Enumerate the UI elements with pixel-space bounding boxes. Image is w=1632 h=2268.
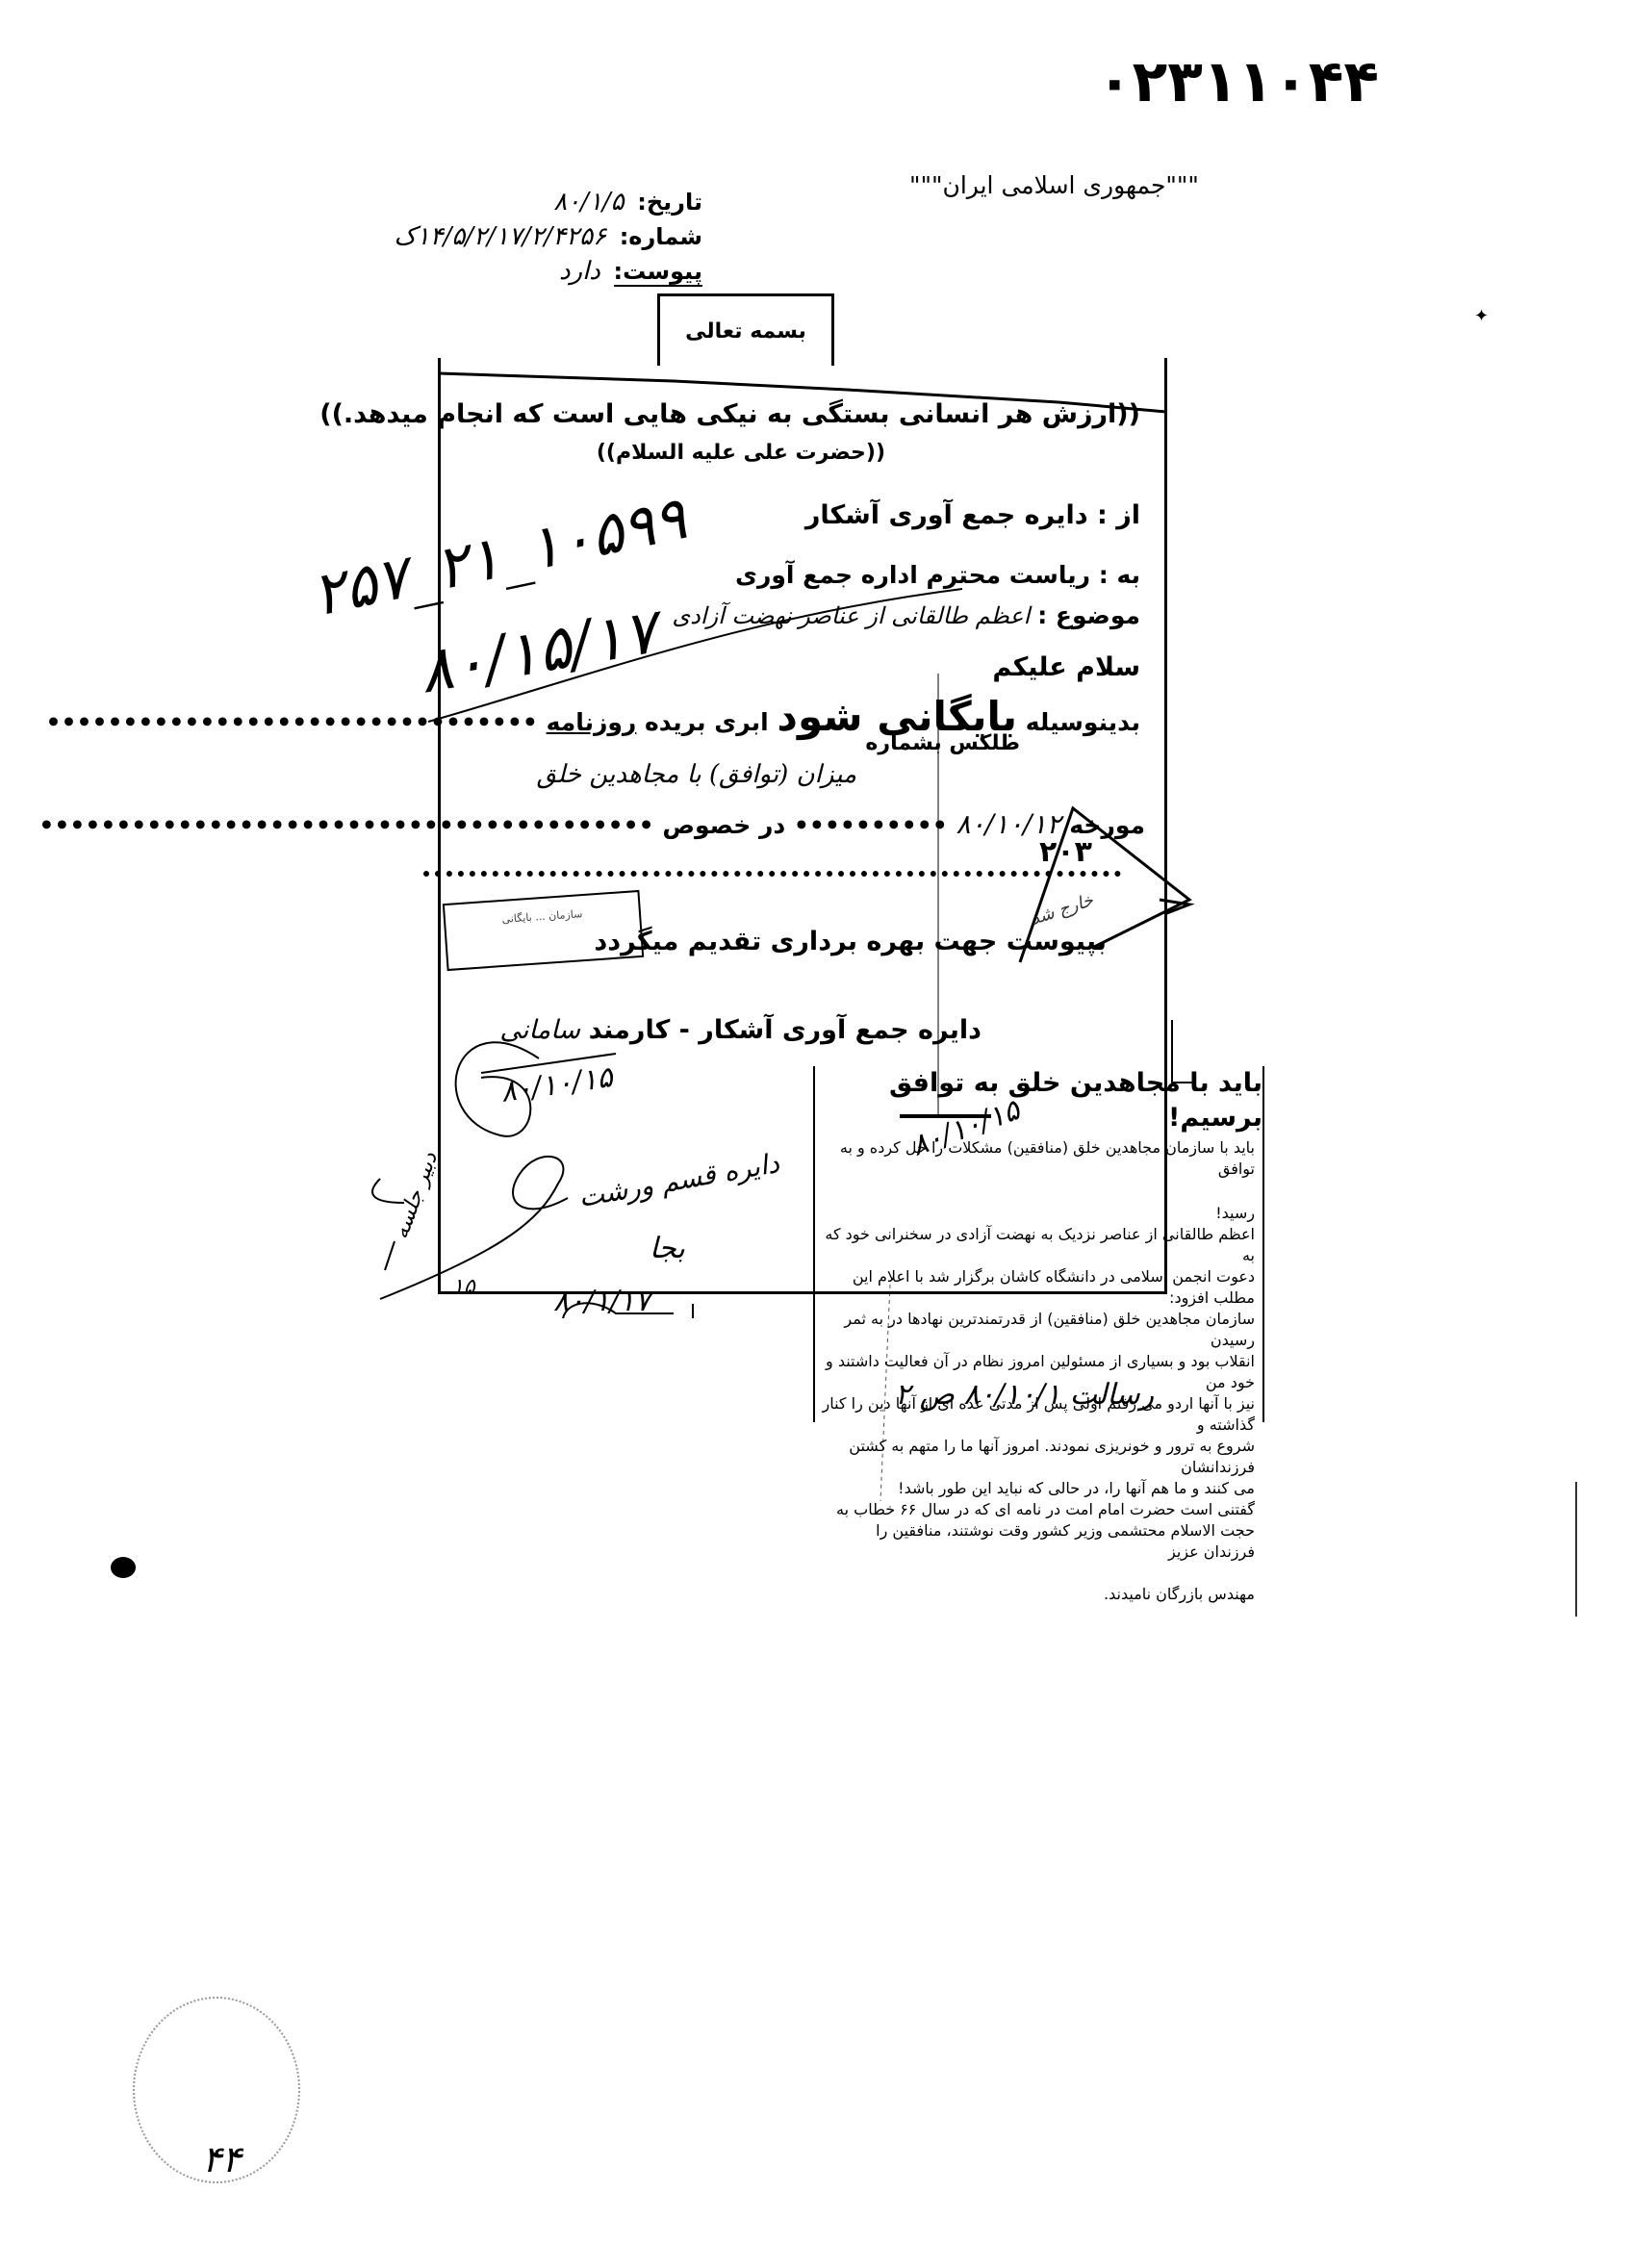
clipping-line: مهندس بازرگان نامیدند.	[821, 1584, 1255, 1605]
clipping-line: رسید!	[821, 1203, 1255, 1224]
letter-meta: تاریخ: ۸۰/۱/۵ شماره: ۱۴/۵/۲/۱۷/۲/۴۲۵۶ک پ…	[385, 188, 702, 292]
triangle-number: ۲۰۳	[1039, 835, 1092, 869]
to-label: به :	[1099, 561, 1140, 589]
document-number: ۰۲۳۱۱۰۴۴	[1097, 48, 1379, 115]
clipping-line: دعوت انجمن اسلامی در دانشگاه کاشان برگزا…	[821, 1266, 1255, 1309]
from-value: دایره جمع آوری آشکار	[805, 500, 1088, 530]
margin-mark-icon: ✦	[1474, 306, 1489, 326]
body-prefix: بدینوسیله	[1026, 708, 1140, 736]
to-value: ریاست محترم اداره جمع آوری	[735, 561, 1090, 589]
clipping-line: سازمان مجاهدین خلق (منافقین) از قدرتمندت…	[821, 1309, 1255, 1351]
telex-field: طلکس بشماره	[731, 731, 1020, 755]
clipping-line: می کنند و ما هم آنها را، در حالی که نبای…	[821, 1478, 1255, 1499]
date-value: ۸۰/۱/۵	[553, 188, 624, 217]
subject-label: موضوع :	[1037, 601, 1140, 629]
clipping-title: باید با مجاهدین خلق به توافق برسیم!	[815, 1066, 1262, 1135]
dotted-line	[423, 871, 1121, 877]
clipping-line: اعظم طالقانی از عناصر نزدیک به نهضت آزاد…	[821, 1224, 1255, 1266]
scan-artifact	[1575, 1482, 1577, 1617]
from-field: از : دایره جمع آوری آشکار	[712, 500, 1140, 530]
subject-field: موضوع : اعظم طالقانی از عناصر نهضت آزادی	[597, 601, 1140, 629]
signature-block: دایره جمع آوری آشکار - کارمند سامانی	[404, 1015, 982, 1045]
about-label: در خصوص	[662, 811, 785, 839]
bismillah-header: بسمه تعالی	[657, 293, 834, 366]
date-label: تاریخ:	[637, 189, 702, 216]
quote-attribution: ((حضرت علی علیه السلام))	[520, 441, 885, 465]
closing-line: بپیوست جهت بهره برداری تقدیم میگردد	[654, 927, 1107, 956]
republic-header: """جمهوری اسلامی ایران"""	[909, 171, 1199, 199]
handwritten-topic: میزان (توافق) با مجاهدین خلق	[452, 760, 856, 789]
clipping-source-note: رسالت ۸۰/۱۰/۱ ص ۲	[895, 1378, 1154, 1412]
attachment-row: پیوست: دارد	[385, 257, 702, 292]
clipping-line: گفتنی است حضرت امام امت در نامه ای که در…	[821, 1499, 1255, 1520]
to-field: به : ریاست محترم اداره جمع آوری	[664, 561, 1140, 589]
dated-field: مورخه ۸۰/۱۰/۱۲ •••••••••• در خصوص ••••••…	[423, 808, 1145, 840]
clipping-line: حجت الاسلام محتشمی وزیر کشور وقت نوشتند،…	[821, 1520, 1255, 1563]
clipping-line: باید با سازمان مجاهدین خلق (منافقین) مشک…	[821, 1137, 1255, 1180]
number-label: شماره:	[620, 223, 702, 250]
subject-value: اعظم طالقانی از عناصر نهضت آزادی	[672, 602, 1030, 629]
page-number: ۴۴	[202, 2138, 242, 2180]
number-value: ۱۴/۵/۲/۱۷/۲/۴۲۵۶ک	[394, 222, 606, 251]
greeting: سلام علیکم	[866, 652, 1140, 682]
date-row: تاریخ: ۸۰/۱/۵	[385, 188, 702, 222]
punch-hole-icon	[111, 1557, 136, 1578]
handwritten-note: بجا	[650, 1232, 685, 1265]
signature-department: دایره جمع آوری آشکار - کارمند	[589, 1015, 982, 1045]
quote-line: ((ارزش هر انسانی بستگی به نیکی هایی است …	[467, 399, 1140, 429]
handwritten-note: دبیر جلسه	[389, 1149, 443, 1242]
dotted-fill: ••••••••••	[794, 811, 948, 839]
clipping-line: شروع به ترور و خونریزی نمودند. امروز آنه…	[821, 1436, 1255, 1478]
attachment-value: دارد	[559, 257, 600, 286]
handwritten-date: ۸۰/۱/۱۷	[553, 1285, 650, 1318]
handwritten-mark: ۱۵	[452, 1275, 475, 1299]
signature-name: سامانی	[499, 1015, 580, 1045]
newspaper-clipping: باید با مجاهدین خلق به توافق برسیم! باید…	[813, 1066, 1264, 1422]
newspaper-label: روزنامه	[547, 708, 637, 736]
dotted-fill: ••••••••••••••••••••••••••••••••	[46, 708, 538, 736]
from-label: از :	[1097, 500, 1140, 530]
dotted-fill: ••••••••••••••••••••••••••••••••••••••••	[38, 811, 653, 839]
attachment-label: پیوست:	[614, 258, 702, 287]
number-row: شماره: ۱۴/۵/۲/۱۷/۲/۴۲۵۶ک	[385, 222, 702, 257]
